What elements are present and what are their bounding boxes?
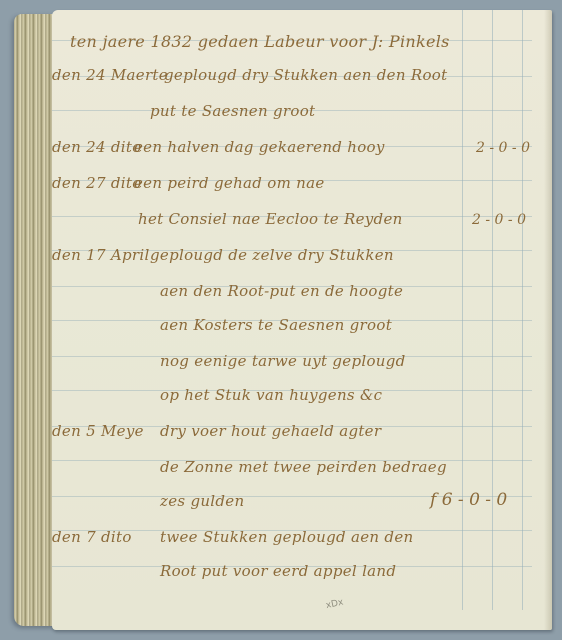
entry-text: nog eenige tarwe uyt geplougd — [160, 352, 406, 370]
entry-text: geplougd de zelve dry Stukken — [150, 246, 394, 264]
entry-text: twee Stukken geplougd aen den — [160, 528, 413, 546]
entry-amount: 2 - 0 - 0 — [476, 140, 530, 156]
entry-date: den 5 Meye — [52, 422, 144, 440]
entry-text: put te Saesnen groot — [150, 102, 315, 120]
entry-date: den 24 Maerte — [52, 66, 168, 84]
entry-text: aen Kosters te Saesnen groot — [160, 316, 392, 334]
entry-date: den 7 dito — [52, 528, 132, 546]
entry-amount: f 6 - 0 - 0 — [430, 490, 507, 510]
entry-text: een halven dag gekaerend hooy — [134, 138, 385, 156]
ruled-column — [462, 10, 463, 610]
entry-text: een peird gehad om nae — [134, 174, 325, 192]
entry-text: geplougd dry Stukken aen den Root — [164, 66, 447, 84]
entry-date: den 27 dito — [52, 174, 142, 192]
ledger-page: ten jaere 1832 gedaen Labeur voor J: Pin… — [52, 10, 552, 630]
entry-text: het Consiel nae Eecloo te Reyden — [138, 210, 403, 228]
entry-date: den 17 April — [52, 246, 150, 264]
entry-text: op het Stuk van huygens &c — [160, 386, 382, 404]
entry-text: de Zonne met twee peirden bedraeg — [160, 458, 447, 476]
entry-text: dry voer hout gehaeld agter — [160, 422, 381, 440]
entry-amount: 2 - 0 - 0 — [472, 212, 526, 228]
entry-date: den 24 dito — [52, 138, 142, 156]
entry-text: zes gulden — [160, 492, 244, 510]
entry-text: aen den Root-put en de hoogte — [160, 282, 403, 300]
library-stamp: xDx — [325, 595, 357, 613]
entry-text: Root put voor eerd appel land — [160, 562, 396, 580]
ruled-column — [522, 10, 523, 610]
ledger-heading: ten jaere 1832 gedaen Labeur voor J: Pin… — [70, 32, 450, 51]
ruled-column — [492, 10, 493, 610]
